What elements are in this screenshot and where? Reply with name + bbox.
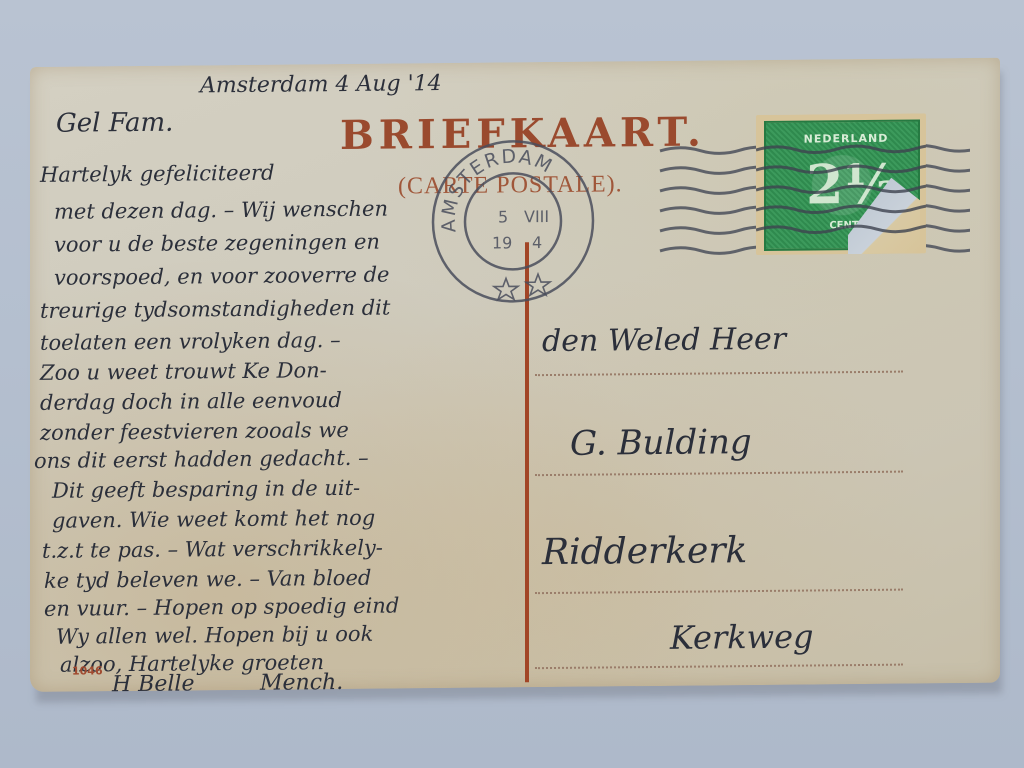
message-line: gaven. Wie weet komt het nog <box>52 506 375 533</box>
message-line: Zoo u weet trouwt Ke Don- <box>40 358 327 385</box>
signature-left: H Belle <box>112 671 194 697</box>
address-rule <box>535 589 903 595</box>
message-line: voorspoed, en voor zooverre de <box>54 263 389 290</box>
message-line: met dezen dag. – Wij wenschen <box>54 197 388 224</box>
address-line-street: Kerkweg <box>670 617 813 656</box>
postcard: BRIEFKAART. (CARTE POSTALE). NEDERLAND 2… <box>30 58 1000 692</box>
address-line-city: Ridderkerk <box>542 530 747 573</box>
postmark-year-left: 19 <box>492 233 512 252</box>
stamp-cancel-lines-icon <box>756 113 926 255</box>
postmark-year-right: 4 <box>532 233 542 252</box>
message-line: treurige tydsomstandigheden dit <box>40 296 390 323</box>
message-line: Wy allen wel. Hopen bij u ook <box>56 622 373 649</box>
message-line: toelaten een vrolyken dag. – <box>40 328 341 355</box>
postmark-star-icon <box>526 274 550 295</box>
message-dateline: Amsterdam 4 Aug '14 <box>200 71 442 98</box>
message-line: zonder feestvieren zooals we <box>40 418 349 445</box>
address-rule <box>535 371 903 377</box>
postage-stamp: NEDERLAND 2½ CENT <box>756 113 926 255</box>
message-line: voor u de beste zegeningen en <box>54 230 380 257</box>
message-line: derdag doch in alle eenvoud <box>40 388 342 415</box>
card-divider <box>525 242 529 682</box>
print-number: 1046 <box>72 664 103 677</box>
address-line-salutation: den Weled Heer <box>542 322 786 359</box>
address-line-name: G. Bulding <box>570 422 752 464</box>
message-greeting: Gel Fam. <box>56 108 173 139</box>
message-line: en vuur. – Hopen op spoedig eind <box>44 593 399 620</box>
message-line: ons dit eerst hadden gedacht. – <box>34 446 369 473</box>
address-rule <box>535 471 903 477</box>
postmark-month: VIII <box>524 207 549 226</box>
postmark-icon: AMSTERDAM 5 VIII 19 4 <box>428 136 598 308</box>
message-line: Dit geeft besparing in de uit- <box>52 476 360 503</box>
postmark-day: 5 <box>498 207 508 226</box>
postmark-star-icon <box>494 278 518 299</box>
signature-right: Mench. <box>260 670 343 696</box>
message-line: ke tyd beleven we. – Van bloed <box>44 566 371 593</box>
address-rule <box>535 664 903 670</box>
message-line: Hartelyk gefeliciteerd <box>40 161 274 187</box>
message-line: t.z.t te pas. – Wat verschrikkely- <box>42 536 383 563</box>
